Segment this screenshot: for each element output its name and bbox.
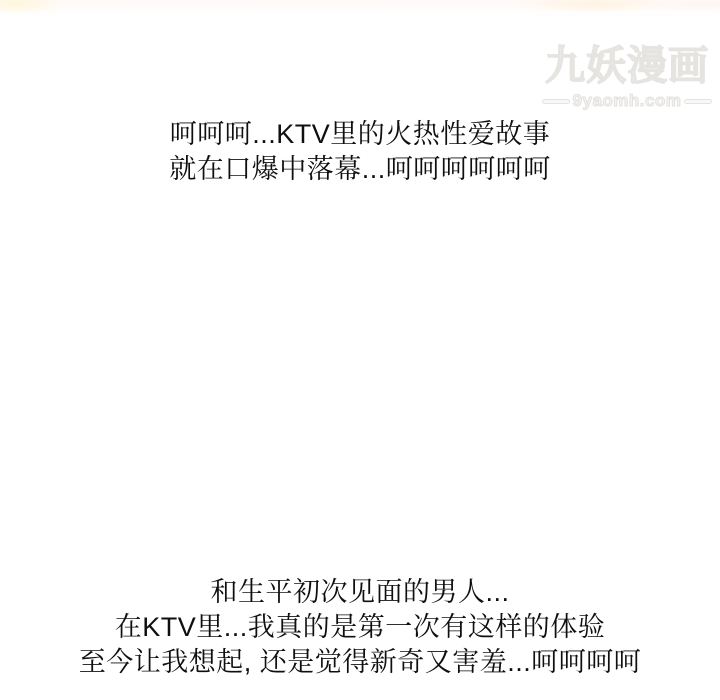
watermark-dash-right [684,99,712,104]
watermark-url-row: 9yaomh.com [542,91,712,111]
narration-line: 呵呵呵...KTV里的火热性爱故事 [0,117,720,152]
narration-line: 就在口爆中落幕...呵呵呵呵呵呵 [0,152,720,187]
watermark-site-name: 九妖漫画 [542,44,712,88]
narration-block-bottom: 和生平初次见面的男人... 在KTV里...我真的是第一次有这样的体验 至今让我… [0,575,720,680]
narration-line: 在KTV里...我真的是第一次有这样的体验 [0,610,720,645]
narration-block-top: 呵呵呵...KTV里的火热性爱故事 就在口爆中落幕...呵呵呵呵呵呵 [0,117,720,187]
narration-line: 至今让我想起, 还是觉得新奇又害羞...呵呵呵呵 [0,645,720,680]
watermark-dash-left [542,99,570,104]
previous-panel-edge-tint [0,0,720,20]
watermark-site-url: 9yaomh.com [573,91,682,111]
narration-line: 和生平初次见面的男人... [0,575,720,610]
site-watermark: 九妖漫画 9yaomh.com [542,44,712,111]
